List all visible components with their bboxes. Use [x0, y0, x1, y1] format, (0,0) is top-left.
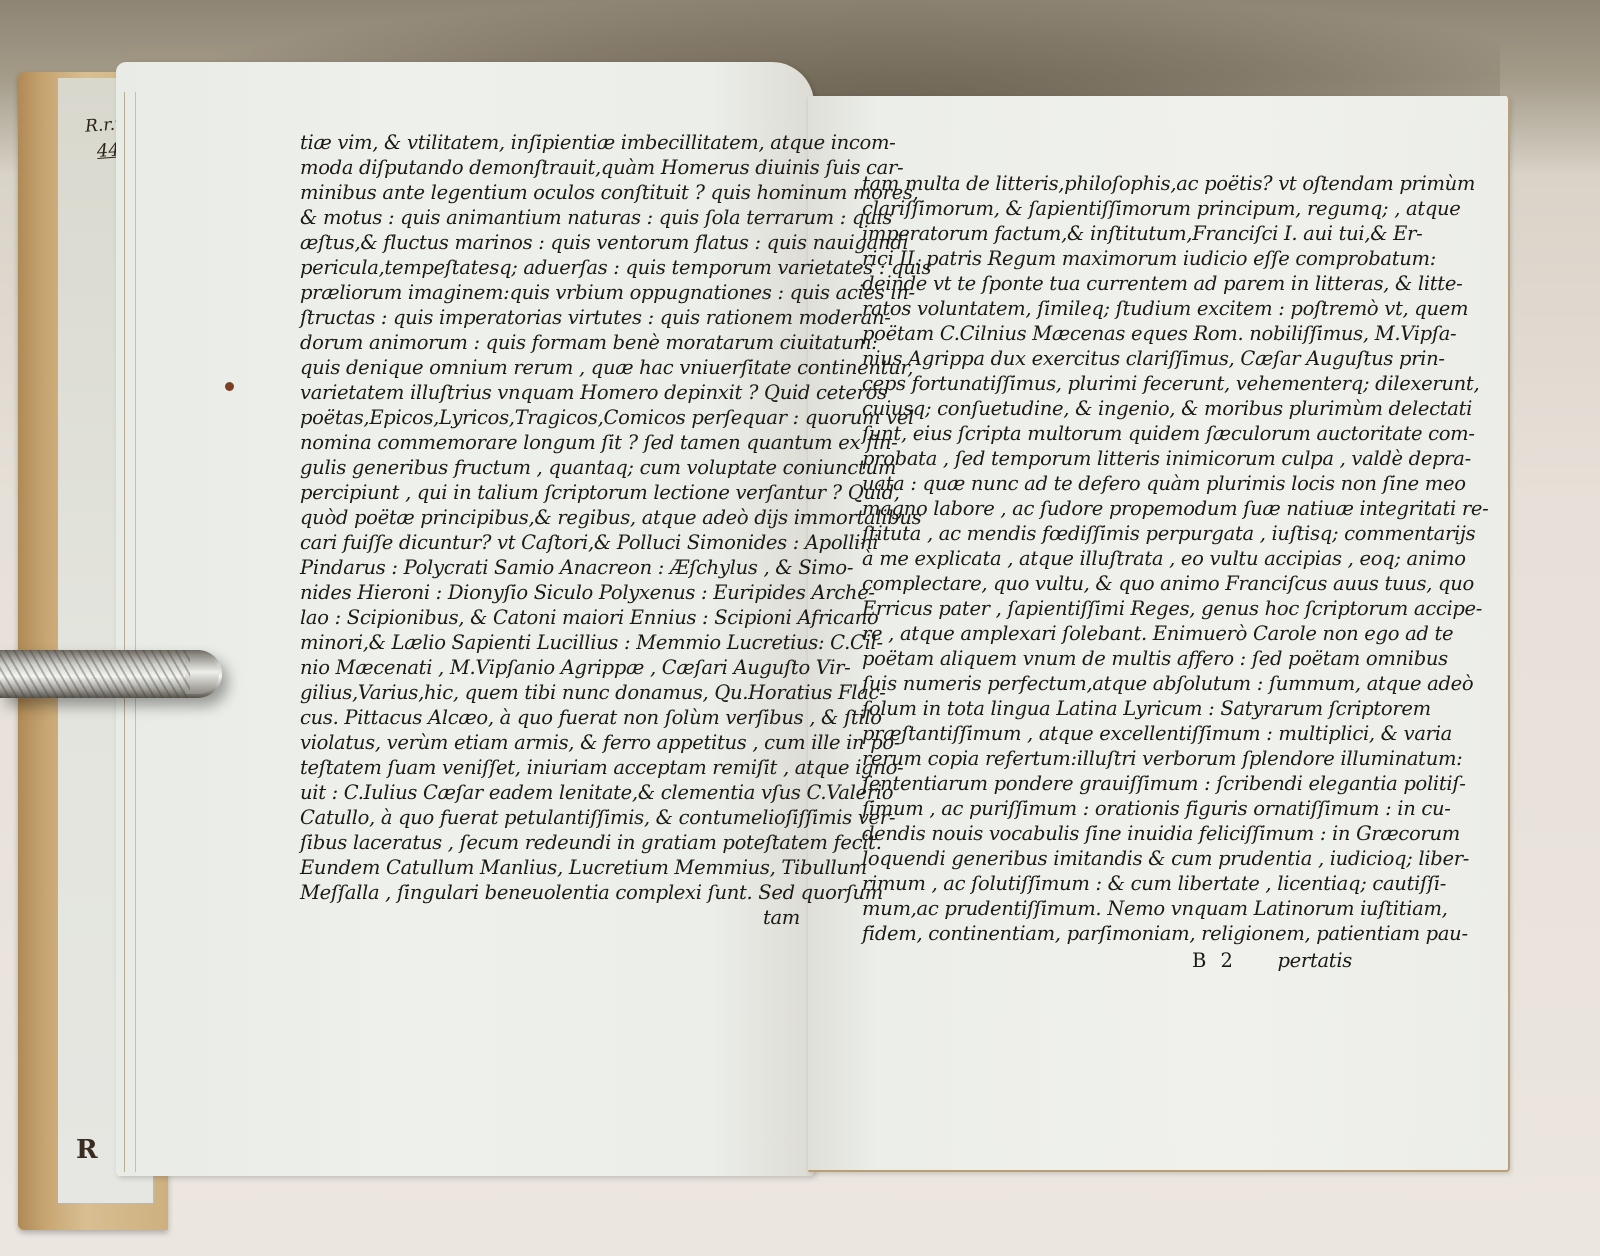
text-line: quòd poëtæ principibus,& regibus, atque …: [300, 505, 800, 530]
text-line: moda diſputando demonſtrauit,quàm Homeru…: [300, 155, 800, 180]
ink-stain-spot: [225, 382, 234, 391]
text-line: pericula,tempeſtatesq; aduerſas : quis t…: [300, 255, 800, 280]
text-line: poëtas,Epicos,Lyricos,Tragicos,Comicos p…: [300, 405, 800, 430]
text-line: Meſſalla , ſingulari beneuolentia comple…: [300, 880, 800, 905]
text-line: rimum , ac ſolutiſſimum : & cum libertat…: [862, 871, 1357, 896]
catchword: pertatis: [1278, 948, 1353, 973]
text-line: clariſſimorum, & ſapientiſſimorum princi…: [862, 196, 1357, 221]
gutter-fold-lines: [124, 92, 136, 1172]
text-line: ſolum in tota lingua Latina Lyricum : Sa…: [862, 696, 1357, 721]
text-line: Catullo, à quo fuerat petulantiſſimis, &…: [300, 805, 800, 830]
text-line: nio Mæcenati , M.Vipſanio Agrippæ , Cæſa…: [300, 655, 800, 680]
text-line: percipiunt , qui in talium ſcriptorum le…: [300, 480, 800, 505]
text-line: ſimum , ac puriſſimum : orationis figuri…: [862, 796, 1357, 821]
text-line: uata : quæ nunc ad te defero quàm plurim…: [862, 471, 1357, 496]
text-line: violatus, verùm etiam armis, & ferro app…: [300, 730, 800, 755]
text-line: loquendi generibus imitandis & cum prude…: [862, 846, 1357, 871]
text-line: nides Hieroni : Dionyſio Siculo Polyxenu…: [300, 580, 800, 605]
text-line: nius Agrippa dux exercitus clariſſimus, …: [862, 346, 1357, 371]
text-line: re , atque amplexari ſolebant. Enimuerò …: [862, 621, 1357, 646]
text-line: lao : Scipionibus, & Catoni maiori Enniu…: [300, 605, 800, 630]
text-line: varietatem illuſtrius vnquam Homero depi…: [300, 380, 800, 405]
left-page-text: tiæ vim, & vtilitatem, inſipientiæ imbec…: [300, 130, 800, 930]
text-line: Pindarus : Polycrati Samio Anacreon : Æſ…: [300, 555, 800, 580]
text-line: ſunt, eius ſcripta multorum quidem ſæcul…: [862, 421, 1357, 446]
text-line: & motus : quis animantium naturas : quis…: [300, 205, 800, 230]
text-line: Erricus pater , ſapientiſſimi Reges, gen…: [862, 596, 1357, 621]
text-line: à me explicata , atque illuſtrata , eo v…: [862, 546, 1357, 571]
pen-tip: [185, 654, 219, 694]
silver-pen-pointer: [0, 650, 222, 698]
text-line: poëtam aliquem vnum de multis affero : ſ…: [862, 646, 1357, 671]
text-line: ceps fortunatiſſimus, plurimi fecerunt, …: [862, 371, 1357, 396]
text-line: mum,ac prudentiſſimum. Nemo vnquam Latin…: [862, 896, 1357, 921]
text-line: dorum animorum : quis formam benè morata…: [300, 330, 800, 355]
catchword: tam: [300, 905, 800, 930]
text-line: ſtructas : quis imperatorias virtutes : …: [300, 305, 800, 330]
text-line: tiæ vim, & vtilitatem, inſipientiæ imbec…: [300, 130, 800, 155]
corner-ownership-mark: R: [76, 1135, 98, 1165]
text-line: ſtituta , ac mendis fœdiſſimis perpurgat…: [862, 521, 1357, 546]
text-line: minori,& Lælio Sapienti Lucillius : Memm…: [300, 630, 800, 655]
text-line: probata , ſed temporum litteris inimicor…: [862, 446, 1357, 471]
text-line: deinde vt te ſponte tua currentem ad par…: [862, 271, 1357, 296]
text-line: complectare, quo vultu, & quo animo Fran…: [862, 571, 1357, 596]
text-line: imperatorum factum,& inſtitutum,Franciſc…: [862, 221, 1357, 246]
text-line: ſibus laceratus , ſecum redeundi in grat…: [300, 830, 800, 855]
text-line: tam multa de litteris,philoſophis,ac poë…: [862, 171, 1357, 196]
text-line: Eundem Catullum Manlius, Lucretium Memmi…: [300, 855, 800, 880]
text-line: æſtus,& fluctus marinos : quis ventorum …: [300, 230, 800, 255]
signature-mark: B 2: [862, 948, 1237, 973]
text-line: præliorum imaginem:quis vrbium oppugnati…: [300, 280, 800, 305]
text-line: ſententiarum pondere grauiſſimum : ſcrib…: [862, 771, 1357, 796]
text-line: rici II. patris Regum maximorum iudicio …: [862, 246, 1357, 271]
text-line: cari fuiſſe dicuntur? vt Caſtori,& Pollu…: [300, 530, 800, 555]
text-line: cus. Pittacus Alcæo, à quo fuerat non ſo…: [300, 705, 800, 730]
text-line: magno labore , ac ſudore propemodum ſuæ …: [862, 496, 1357, 521]
text-line: gilius,Varius,hic, quem tibi nunc donamu…: [300, 680, 800, 705]
text-line: minibus ante legentium oculos conſtituit…: [300, 180, 800, 205]
text-line: ſuis numeris perfectum,atque abſolutum :…: [862, 671, 1357, 696]
text-line: præſtantiſſimum , atque excellentiſſimum…: [862, 721, 1357, 746]
text-line: cuiusq; conſuetudine, & ingenio, & morib…: [862, 396, 1357, 421]
page-footer: B 2 pertatis: [862, 948, 1352, 973]
text-line: rerum copia refertum:illuſtri verborum ſ…: [862, 746, 1357, 771]
right-page-text: tam multa de litteris,philoſophis,ac poë…: [862, 171, 1357, 973]
text-line: uit : C.Iulius Cæſar eadem lenitate,& cl…: [300, 780, 800, 805]
text-line: poëtam C.Cilnius Mæcenas eques Rom. nobi…: [862, 321, 1357, 346]
text-line: teſtatem ſuam veniſſet, iniuriam accepta…: [300, 755, 800, 780]
text-line: ratos voluntatem, ſimileq; ſtudium excit…: [862, 296, 1357, 321]
text-line: dendis nouis vocabulis ſine inuidia feli…: [862, 821, 1357, 846]
text-line: gulis generibus fructum , quantaq; cum v…: [300, 455, 800, 480]
text-line: nomina commemorare longum ſit ? ſed tame…: [300, 430, 800, 455]
text-line: quis denique omnium rerum , quæ hac vniu…: [300, 355, 800, 380]
text-line: fidem, continentiam, parſimoniam, religi…: [862, 921, 1357, 946]
